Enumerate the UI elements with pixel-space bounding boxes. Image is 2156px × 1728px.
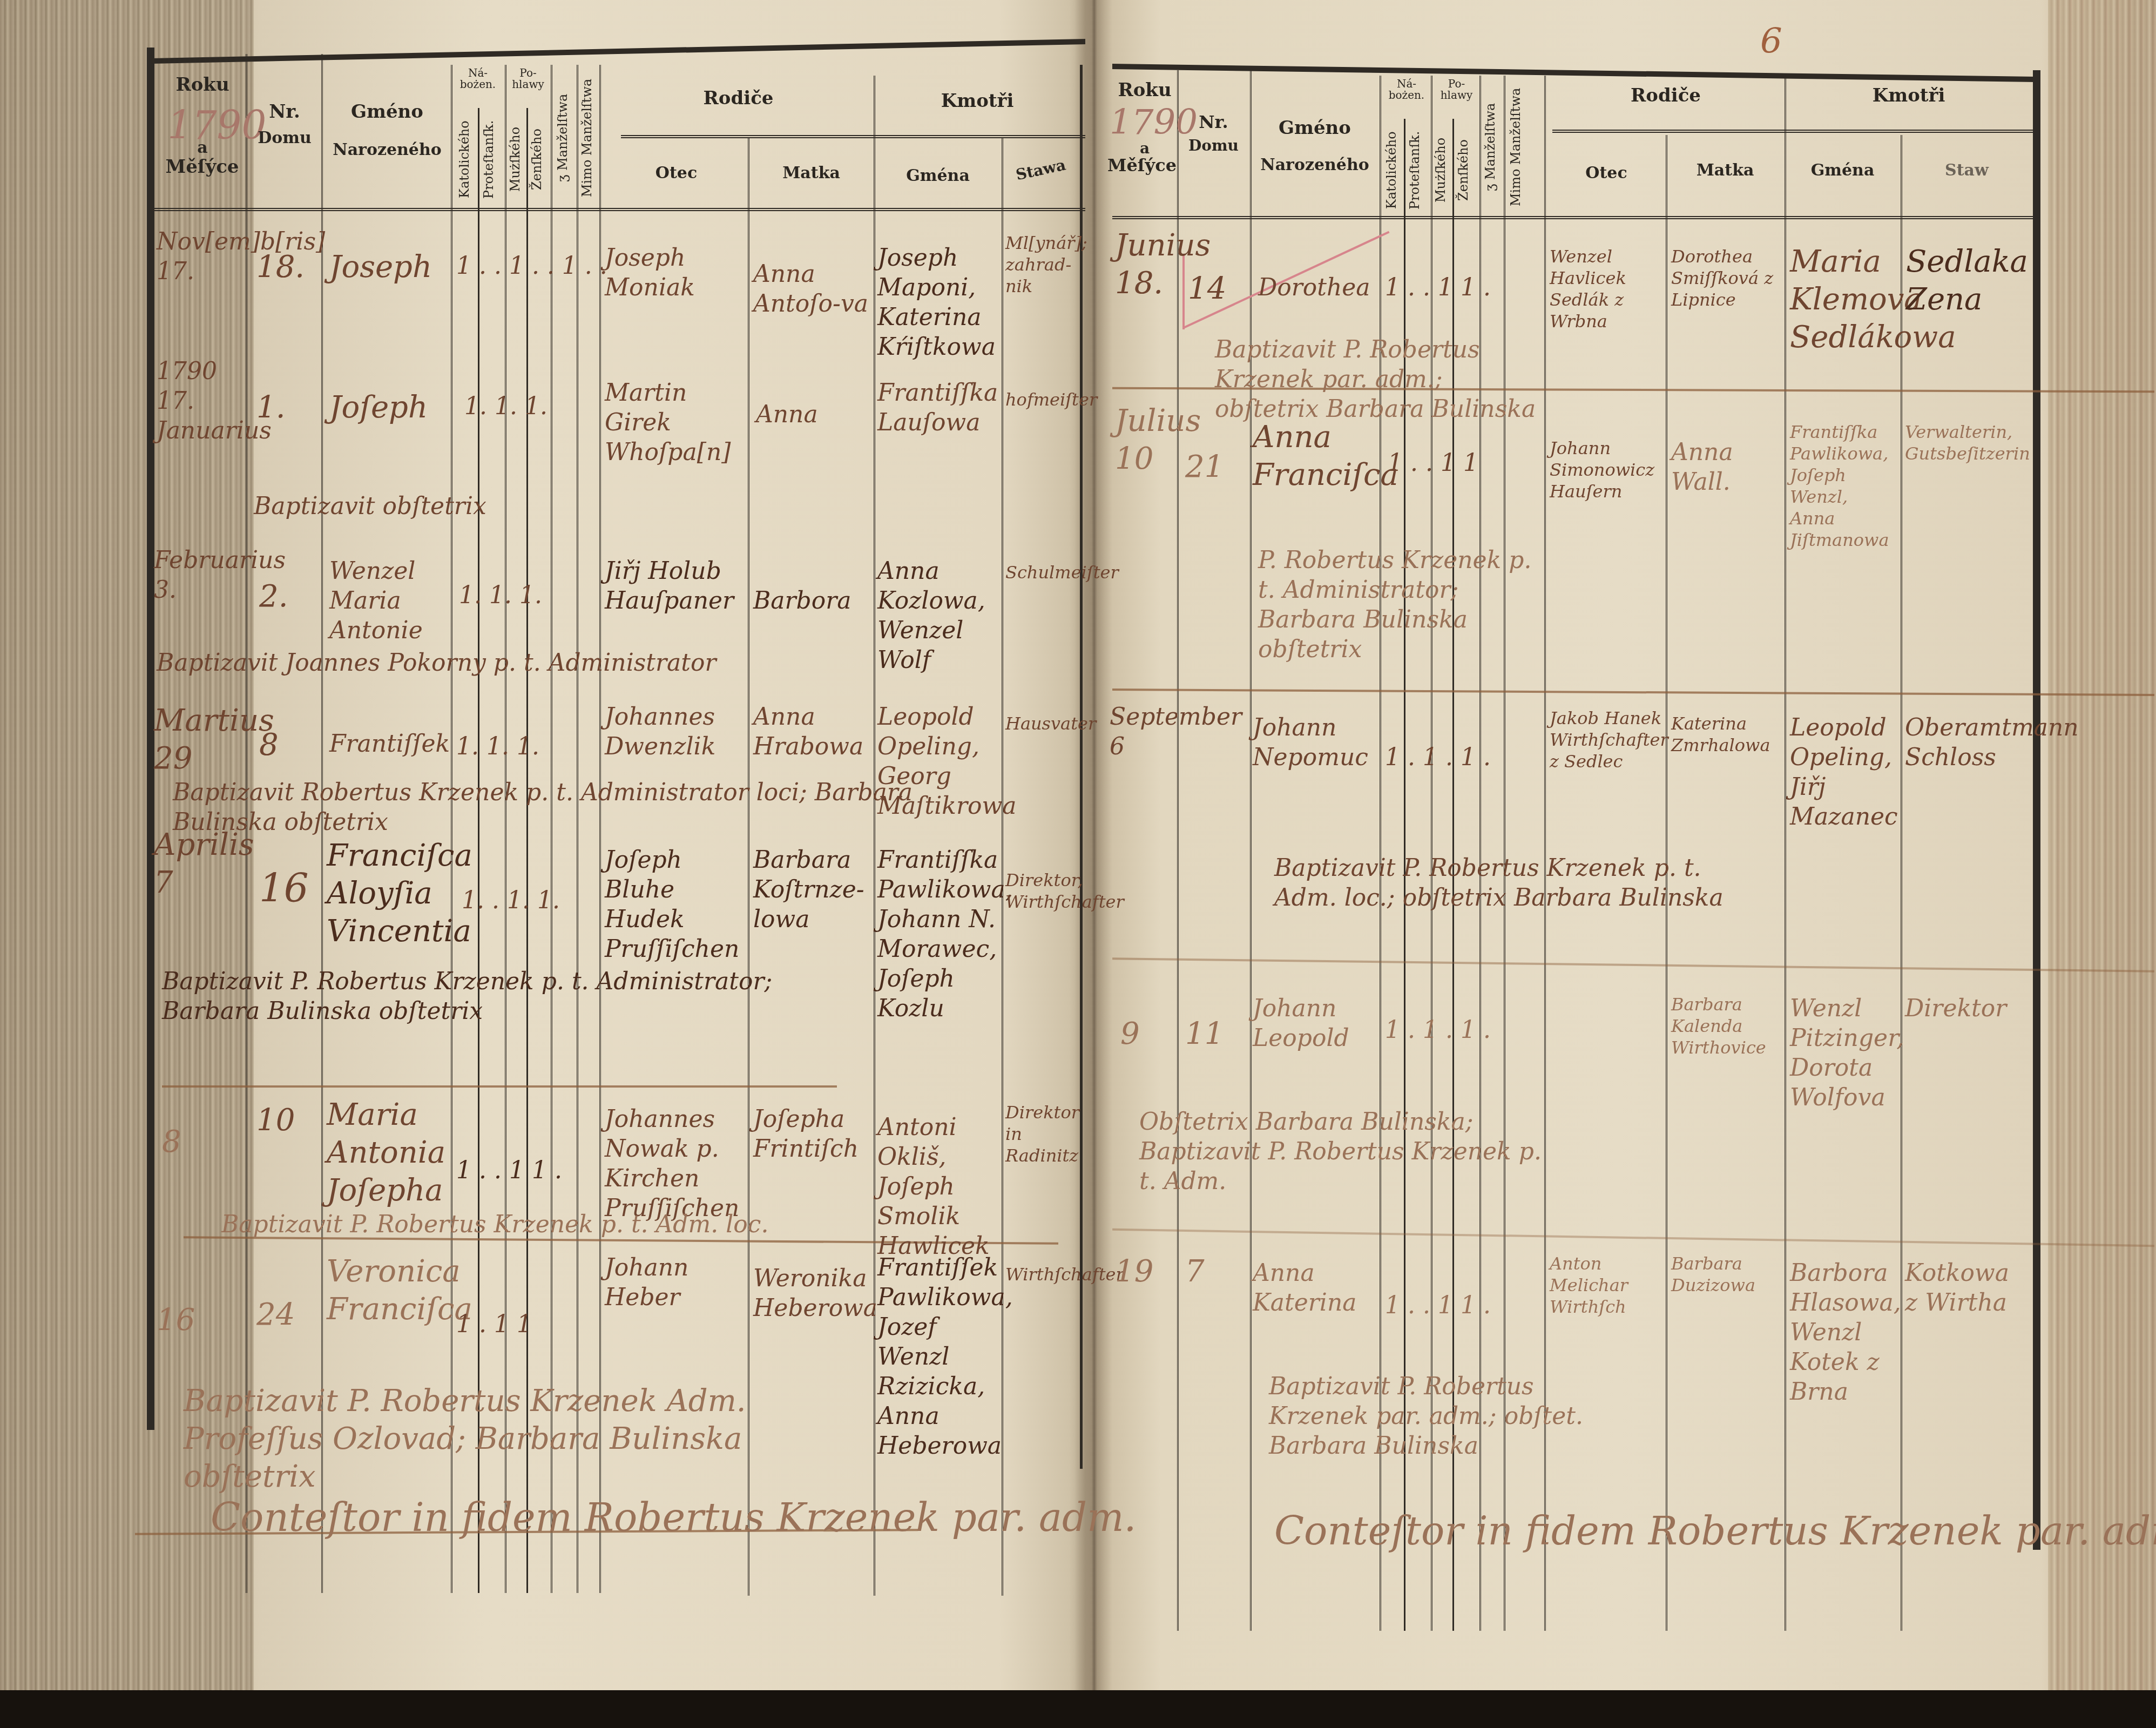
col-divider <box>1177 70 1181 1631</box>
entry-house-number: 7 <box>1185 1253 1205 1291</box>
entry-father: Johann Simonowicz Hauſern <box>1550 437 1663 502</box>
entry-godparents: Leopold Opeling, Jiřj Mazanec <box>1790 713 1898 832</box>
header-pohlawy: Po-hlawy <box>1434 78 1479 101</box>
entry-godparent-status: Verwalterin, Gutsbeſitzerin <box>1905 421 2029 464</box>
header-narozeneho: Narozeného <box>325 141 449 159</box>
entry-mother: Anna Hrabowa <box>753 702 872 761</box>
entry-father: Jiřj Holub Hauſpaner <box>605 556 745 616</box>
entry-baptism-note: Baptizavit P. Robertus Krzenek par. adm.… <box>1215 335 1550 424</box>
top-rule <box>151 39 1085 64</box>
entry-child-name: Dorothea <box>1258 273 1370 302</box>
entry-date: 19 <box>1115 1253 1153 1291</box>
header-stawa: Stawa <box>1003 154 1078 185</box>
header-z-manzelstwa: ʒ Manželſtwa <box>556 70 570 205</box>
entry-father: Wenzel Havlicek Sedlák z Wrbna <box>1550 246 1663 332</box>
entry-father: Joſeph Bluhe Hudek Pruſſiſchen <box>605 845 745 964</box>
entry-godparents: Antoni Okliš, Joſeph Smolik Hawlicek <box>877 1112 999 1261</box>
entry-date: 16 <box>157 1301 195 1339</box>
entry-father: Jakob Hanek Wirthſchafter z Sedlec <box>1550 707 1663 772</box>
entry-child-name: Maria Antonia Joſepha <box>327 1096 451 1210</box>
entry-mother: Barbara Kalenda Wirthovice <box>1671 994 1782 1058</box>
header-roku: Roku <box>1112 81 1177 100</box>
header-pohlawy: Po-hlawy <box>506 67 550 90</box>
entry-mother: Anna Wall. <box>1671 437 1782 497</box>
entry-baptism-note: Obſtetrix Barbara Bulinska; Baptizavit P… <box>1139 1107 1560 1196</box>
header-gmeno: Gméno <box>325 103 449 122</box>
entry-house-number: 14 <box>1188 270 1226 308</box>
entry-separator <box>1112 688 2154 696</box>
entry-baptism-note: Baptizavit P. Robertus Krzenek p. t. Adm… <box>1274 853 1760 913</box>
entry-date: Martius 29 <box>154 702 246 778</box>
entry-mother: Weronika Heberowa <box>753 1264 872 1323</box>
closing-attestation: Conteſtor in fidem Robertus Krzenek par.… <box>1274 1507 2156 1555</box>
entry-tally-marks: 1. 1. 1. <box>459 580 542 610</box>
entry-house-number: 10 <box>256 1102 295 1139</box>
entry-mother: Barbara Koſtrnze-lowa <box>753 845 872 934</box>
header-a: a <box>1112 140 1177 156</box>
col-divider <box>1002 138 1005 1596</box>
background-surface <box>0 1690 2156 1728</box>
entry-house-number: 21 <box>1185 448 1224 486</box>
entry-mother: Anna Antoſo-va <box>753 259 872 319</box>
entry-date: 9 <box>1120 1015 1140 1053</box>
entry-date: Nov[em]b[ris] 17. <box>157 227 243 286</box>
header-otec: Otec <box>605 165 748 182</box>
header-muzskeho: Mużſkého <box>1434 127 1448 213</box>
right-frame-border <box>1080 65 1083 1469</box>
subheader-rule <box>621 135 1085 138</box>
entry-tally-marks: 1 . 1 . 1 . <box>1385 742 1491 772</box>
header-matka: Matka <box>1668 162 1782 179</box>
entry-mother: Barbara Duzizowa <box>1671 1253 1782 1296</box>
entry-godparents: Frantiſſka Lauſowa <box>877 378 999 437</box>
header-nabozen: Ná-bożen. <box>1382 78 1431 101</box>
entry-godparents: Maria Klemova Sedlákowa <box>1790 243 1898 356</box>
entry-godparent-status: Schulmeiſter <box>1005 562 1078 583</box>
subheader-rule <box>1552 130 2033 133</box>
header-rodice: Rodiče <box>605 89 872 109</box>
entry-tally-marks: 1 . . 1 1 <box>1388 448 1478 478</box>
entry-godparent-status: Wirthſchafter <box>1005 1264 1078 1285</box>
entry-date: 1790 17. Januarius <box>157 356 243 446</box>
header-nabozen: Ná-bożen. <box>454 67 502 90</box>
entry-godparents: Anna Kozlowa, Wenzel Wolf <box>877 556 999 675</box>
entry-tally-marks: 1 . . 1 . . 1 . . <box>456 251 607 281</box>
header-mesyce: Měſýce <box>158 158 247 177</box>
entry-date: Julius 10 <box>1115 402 1177 478</box>
header-gmeno: Gméno <box>1253 119 1377 138</box>
header-muzskeho: Mużſkého <box>509 113 522 205</box>
closing-attestation: Conteſtor in fidem Robertus Krzenek par.… <box>211 1493 1136 1542</box>
header-nr: Nr. <box>249 103 320 122</box>
entry-godparents: Joseph Maponi, Katerina Kŕiſtkowa <box>877 243 999 362</box>
entry-baptism-note: P. Robertus Krzenek p. t. Administrator;… <box>1258 545 1544 664</box>
entry-house-number: 11 <box>1185 1015 1224 1053</box>
entry-godparents: Wenzl Pitzinger, Dorota Wolfova <box>1790 994 1898 1112</box>
entry-house-number: 16 <box>259 864 309 913</box>
col-divider <box>478 108 479 1593</box>
header-gmena: Gména <box>1787 162 1898 179</box>
entry-child-name: Johann Leopold <box>1253 994 1380 1053</box>
header-domu: Domu <box>1180 138 1247 153</box>
entry-mother: Katerina Zmrhalowa <box>1671 713 1782 756</box>
header-narozeneho: Narozeného <box>1253 157 1377 174</box>
entry-child-name: Veronica Franciſca <box>327 1253 451 1328</box>
entry-baptism-note: Baptizavit P. Robertus Krzenek p. t. Adm… <box>162 967 864 1026</box>
entry-father: Johannes Nowak p. Kirchen Pruſſiſchen <box>605 1104 745 1223</box>
entry-tally-marks: 1 . . 1 1 . <box>1385 273 1491 302</box>
header-mesyce: Měſýce <box>1104 157 1180 175</box>
header-matka: Matka <box>751 165 872 182</box>
entry-date: Aprilis 7 <box>154 826 246 902</box>
entry-separator <box>1112 957 2154 973</box>
header-zenskeho: Ženſkého <box>1457 127 1470 213</box>
entry-date: Februarius 3. <box>154 545 246 605</box>
entry-tally-marks: 1 . . 1 1 . <box>456 1156 562 1185</box>
entry-godparent-status: Oberamtmann Schloss <box>1905 713 2029 772</box>
entry-house-number: 8 <box>259 726 279 764</box>
header-z-manzelstwa: ʒ Manželſtwa <box>1484 81 1497 213</box>
entry-tally-marks: 1 . . 1 1 . <box>1385 1291 1491 1320</box>
entry-baptism-note: Baptizavit P. Robertus Krzenek Adm. Prof… <box>184 1382 875 1496</box>
col-divider <box>1250 70 1254 1631</box>
entry-mother: Anna <box>756 400 869 429</box>
header-mimo-manzelstwa: Mimo Manželſtwa <box>580 70 594 205</box>
entry-house-number: 2. <box>259 578 288 616</box>
entry-mother: Joſepha Frintiſch <box>753 1104 872 1164</box>
entry-father: Joseph Moniak <box>605 243 745 302</box>
red-checkmark-icon <box>1182 254 1185 329</box>
header-zenskeho: Ženſkého <box>530 113 544 205</box>
entry-godparent-status: hofmeiſter <box>1005 389 1078 410</box>
entry-child-name: Anna Franciſca <box>1253 418 1380 494</box>
entry-godparent-status: Ml[ynář]; zahrad-nik <box>1005 232 1078 297</box>
entry-tally-marks: 1 . 1 1 <box>456 1309 532 1339</box>
entry-baptism-note: Baptizavit Joannes Pokorny p. t. Adminis… <box>157 648 717 678</box>
entry-child-name: Anna Katerina <box>1253 1258 1380 1318</box>
entry-father: Johannes Dwenzlik <box>605 702 745 761</box>
entry-baptism-note: Baptizavit obſtetrix <box>254 491 486 521</box>
open-register-book: Roku 1790 a Měſýce Nr. Domu Gméno Naroze… <box>0 0 2156 1728</box>
entry-child-name: Joſeph <box>329 389 428 427</box>
entry-godparent-status: Direktor, Wirthſchafter <box>1005 869 1078 913</box>
entry-tally-marks: 1. 1. 1. <box>456 732 539 761</box>
entry-date: 8 <box>162 1123 181 1161</box>
col-divider <box>1901 135 1904 1631</box>
header-kmotri: Kmotři <box>877 92 1077 111</box>
entry-godparent-status: Sedlaka Zena <box>1906 243 2030 319</box>
entry-father: Johann Heber <box>605 1253 745 1312</box>
header-domu: Domu <box>249 130 320 147</box>
entry-child-name: Wenzel Maria Antonie <box>329 556 451 645</box>
entry-father: Martin Girek Whoſpa[n] <box>605 378 745 467</box>
header-otec: Otec <box>1550 165 1663 182</box>
header-nr: Nr. <box>1180 113 1247 132</box>
header-gmena: Gména <box>876 167 1000 185</box>
header-roku: Roku <box>162 76 243 95</box>
entry-separator <box>1112 1228 2154 1247</box>
header-stav: Staw <box>1903 162 2030 179</box>
entry-date: Junius 18. <box>1115 227 1177 302</box>
entry-house-number: 1. <box>256 389 285 427</box>
header-katolickeho: Katolického <box>458 113 471 205</box>
col-divider <box>1785 76 1788 1631</box>
entry-baptism-note: Baptizavit Robertus Krzenek p. t. Admini… <box>173 778 999 837</box>
entry-child-name: Frantiſſek <box>329 729 450 759</box>
entry-tally-marks: 1 . 1 . 1 . <box>1385 1015 1491 1045</box>
header-kmotri: Kmotři <box>1787 86 2030 106</box>
header-katolickeho: Katolického <box>1385 127 1398 213</box>
entry-godparents: Frantiſſka Pawlikowa, Johann N. Morawec,… <box>877 845 999 1023</box>
entry-child-name: Johann Nepomuc <box>1253 713 1380 772</box>
header-mimo-manzelstwa: Mimo Manželſtwa <box>1509 81 1523 213</box>
entry-date: September 6 <box>1110 702 1174 761</box>
entry-mother: Dorothea Smiſſková z Lipnice <box>1671 246 1782 310</box>
entry-godparents: Barbora Hlasowa, Wenzl Kotek z Brna <box>1790 1258 1898 1407</box>
entry-tally-marks: 1. . 1. 1. <box>462 886 560 915</box>
entry-godparent-status: Direktor in Radinitz <box>1005 1102 1078 1166</box>
entry-baptism-note: Baptizavit P. Robertus Krzenek par. adm.… <box>1269 1372 1620 1461</box>
header-protestant: Proteſtanſk. <box>1408 127 1422 213</box>
entry-godparent-status: Direktor <box>1905 994 2029 1023</box>
entry-separator <box>162 1085 837 1088</box>
entry-house-number: 18. <box>256 248 305 286</box>
entry-child-name: Franciſca Aloyſia Vincentia <box>327 837 451 950</box>
entry-tally-marks: 1. 1. 1. <box>464 391 548 421</box>
entry-baptism-note: Baptizavit P. Robertus Krzenek p. t. Adm… <box>221 1210 768 1239</box>
entry-godparents: Frantiſſka Pawlikowa, Joſeph Wenzl, Anna… <box>1790 421 1898 551</box>
header-bottom-rule <box>151 208 1085 211</box>
entry-father: Anton Melichar Wirthſch <box>1550 1253 1663 1318</box>
entry-house-number: 24 <box>256 1296 295 1334</box>
right-page-edges <box>2048 0 2156 1728</box>
left-frame-border <box>147 48 154 1430</box>
entry-godparents: Frantiſſek Pawlikowa, Jozef Wenzl Rzizic… <box>877 1253 999 1461</box>
header-rodice: Rodiče <box>1550 86 1782 106</box>
entry-godparent-status: Hausvater <box>1005 713 1078 734</box>
entry-child-name: Joseph <box>329 248 432 286</box>
entry-godparent-status: Kotkowa z Wirtha <box>1905 1258 2029 1318</box>
header-a: a <box>162 139 243 157</box>
entry-mother: Barbora <box>753 586 851 616</box>
right-frame-border <box>2033 70 2040 1550</box>
folio-number: 6 <box>1760 22 1782 62</box>
header-protestant: Proteſtanſk. <box>482 113 496 205</box>
col-divider <box>526 108 528 1593</box>
col-divider <box>748 138 752 1596</box>
